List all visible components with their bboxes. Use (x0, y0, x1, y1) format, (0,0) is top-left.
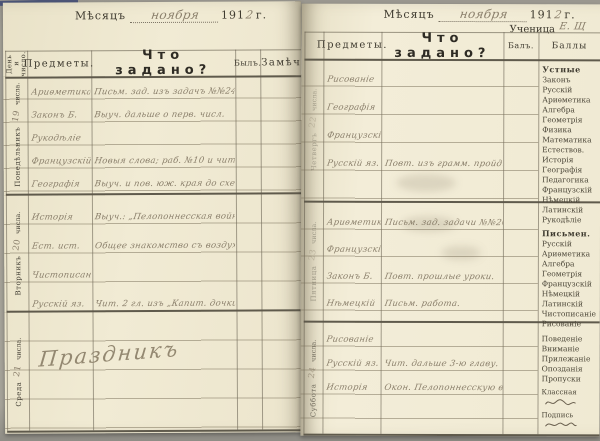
row-subject: Русскій яз. (31, 299, 92, 309)
row-task: Новыя слова; раб. №10 и чит. съ №6. (94, 156, 236, 167)
row-subject: Французскій (326, 245, 382, 255)
row-subject: Французскій (31, 156, 92, 166)
mark-subject-label: Русскій (540, 239, 600, 249)
row-subject: Рисованіе (326, 75, 382, 85)
ink-smudge (401, 216, 456, 232)
marks-margin-column: Устные ЗаконъРусскійАриѳметикаАлгебраГео… (539, 61, 600, 434)
row-task: Выуч. и пов. юж. края до схемы. (94, 179, 236, 190)
mark-subject-label: Поведеніе (540, 334, 600, 344)
oral-marks-list: ЗаконъРусскійАриѳметикаАлгебраГеометріяФ… (540, 75, 600, 225)
mark-subject-label: Пропуски (540, 374, 600, 384)
day-label: Суббота 24 числа. (303, 323, 322, 434)
day-block-tuesday: Вторникъ 20 числа. Исторія Выуч.: „Пелоп… (4, 194, 303, 311)
row-subject: Географія (326, 103, 382, 113)
diary-row: Географія Выуч. и пов. юж. края до схемы… (4, 167, 302, 192)
row-task: Чит. 2 гл. изъ „Капит. дочки“. (94, 299, 236, 310)
diary-row: Законъ Б. Выуч. дальше о перв. числ. (3, 98, 301, 123)
row-subject: Законъ Б. (326, 272, 382, 282)
diary-row: Географія (301, 87, 538, 116)
diary-photo: Мѣсяцъ ноября 1912 г. День и число. Пред… (0, 0, 600, 441)
left-month-line: Мѣсяцъ ноября 1912 г. (75, 7, 267, 23)
mark-subject-label: Педагогика (540, 175, 600, 185)
day-label: Понедѣльникъ 19 числа. (5, 77, 28, 194)
mark-subject-label: Чистописаніе (540, 309, 600, 319)
marks-col-header: Баллы (538, 32, 600, 59)
row-task: Чит. дальше 3-ю главу. (384, 359, 504, 369)
mark-subject-label: Французскій (540, 185, 600, 195)
row-subject: Чистописаніе (31, 270, 92, 280)
day-block-saturday: Суббота 24 числа. Рисованіе Русскій яз. … (300, 323, 537, 435)
mark-subject-label: Рисованіе (540, 319, 600, 329)
year-suffix: г. (256, 8, 267, 21)
left-page: Мѣсяцъ ноября 1912 г. День и число. Пред… (3, 1, 303, 434)
mark-subject-label: Прилежаніе (540, 354, 600, 364)
mark-subject-label: Нѣмецкій (540, 195, 600, 205)
assigned-col-header: Что задано? (381, 32, 503, 59)
mark-subject-label: Геометрія (540, 269, 600, 279)
subjects-col-header: Предметы. (27, 50, 91, 76)
mark-subject-label: Ариѳметика (540, 249, 600, 259)
row-task: Письм. зад. изъ задачъ №№243 и 244. (93, 87, 235, 98)
right-month-line: Мѣсяцъ ноября 1912 г. (384, 7, 576, 23)
teacher-signature (539, 420, 599, 430)
written-marks-list: РусскійАриѳметикаАлгебраГеометріяФранцуз… (540, 239, 600, 329)
mark-subject-label: Опозданія (540, 364, 600, 374)
day-label: Пятница 23 числа. (304, 203, 323, 321)
row-task: Общее знакомство съ воздух. (94, 241, 236, 252)
rows: Исторія Выуч.: „Пелопоннесская война“. Е… (4, 194, 303, 312)
mark-subject-label: Вниманіе (540, 344, 600, 354)
month-value: ноября (130, 8, 220, 23)
month-value: ноября (438, 7, 528, 22)
diary-row: Исторія Окон. Пелопоннесскую войну. (301, 371, 538, 396)
remarks-col-header: Замѣчанія. (261, 49, 303, 75)
year-digit: 2 (554, 8, 563, 21)
diary-row: Французскій (301, 230, 538, 258)
mark-subject-label: Алгебра (540, 259, 600, 269)
day-block-monday: Понедѣльникъ 19 числа. Ариѳметика Письм.… (3, 75, 302, 194)
mark-subject-label: Географія (540, 165, 600, 175)
ink-smudge (441, 246, 481, 260)
month-label: Мѣсяцъ (75, 9, 126, 22)
day-label: Вторникъ 20 числа. (6, 196, 29, 311)
row-task: Повт. прошлые уроки. (384, 272, 504, 282)
mark-subject-label: Геометрія (540, 115, 600, 125)
row-task: Выуч.: „Пелопоннесская война“. (94, 212, 236, 223)
subjects-col-header: Предметы. (323, 32, 381, 59)
day-block-wednesday: Среда 21 числа. Праздникъ (4, 311, 303, 431)
mark-subject-label: Исторія (540, 155, 600, 165)
row-subject: Русскій яз. (326, 159, 382, 169)
student-name: Е. Щ (558, 21, 600, 32)
diary-row: Русскій яз. Чит. 2 гл. изъ „Капит. дочки… (4, 281, 302, 312)
signature-label: Подпись (541, 411, 599, 419)
row-subject: Нѣмецкій (326, 299, 382, 309)
diary-row: Законъ Б. Повт. прошлые уроки. (301, 257, 538, 285)
assigned-col-header: Что задано? (91, 50, 235, 77)
class-lady-signature (540, 397, 600, 407)
diary-row: Французскій (301, 115, 538, 144)
mark-subject-label: Русскій (540, 85, 600, 95)
row-subject: Географія (31, 179, 92, 189)
mark-col-header: Балъ. (503, 32, 538, 59)
diary-row: Рукодѣліе (4, 121, 302, 146)
row-subject: Русскій яз. (326, 359, 382, 369)
diary-row: Рисованіе (301, 59, 538, 88)
mark-subject-label: Физика (540, 125, 600, 135)
diary-row: Нѣмецкій Письм. работа. (301, 284, 538, 312)
diary-row: Чистописаніе (4, 252, 302, 283)
rows: Ариѳметика Письм. зад. изъ задачъ №№243 … (3, 75, 302, 192)
diary-row: Рисованіе (301, 323, 538, 348)
day-label: Четвергъ 22 числа. (304, 59, 323, 201)
mark-subject-label: Ариѳметика (540, 95, 600, 105)
mark-col-header: Былъ. (235, 49, 260, 75)
row-subject: Рукодѣліе (31, 133, 92, 143)
rows: Рисованіе Русскій яз. Чит. дальше 3-ю гл… (301, 323, 538, 396)
row-task (94, 280, 234, 281)
diary-row: Ест. ист. Общее знакомство съ воздух. (4, 223, 302, 254)
conduct-marks-list: ПоведеніеВниманіеПрилежаніеОпозданіяПроп… (540, 334, 600, 384)
diary-row: Русскій яз. Чит. дальше 3-ю главу. (301, 347, 538, 372)
row-task (94, 143, 234, 144)
row-task: Повт. изъ грамм. пройд. урок. (384, 159, 504, 169)
mark-subject-label: Латинскій (540, 205, 600, 215)
mark-subject-label: Рукодѣліе (540, 215, 600, 225)
class-lady-label: Классная (542, 388, 600, 396)
diary-row: Ариѳметика Письм. зад. изъ задачъ №№243 … (3, 75, 301, 100)
row-task: Письм. работа. (384, 299, 504, 309)
row-subject: Ариѳметика (30, 87, 91, 97)
row-subject: Ариѳметика (326, 218, 382, 228)
row-subject: Рисованіе (326, 335, 382, 345)
right-page: Мѣсяцъ ноября 1912 г. Ученица Е. Щ Предм… (300, 4, 600, 437)
mark-subject-label: Законъ (540, 75, 600, 85)
written-marks-header: Письмен. (542, 228, 600, 238)
row-subject: Исторія (31, 212, 92, 222)
mark-subject-label: Латинскій (540, 299, 600, 309)
ink-smudge (396, 174, 456, 192)
rows: Рисованіе Географія Французскій (301, 59, 538, 172)
oral-marks-header: Устные (542, 64, 600, 74)
mark-subject-label: Естествов. (540, 145, 600, 155)
row-subject: Французскій (326, 131, 382, 141)
row-subject: Законъ Б. (30, 110, 91, 120)
diary-row: Исторія Выуч.: „Пелопоннесская война“. (4, 194, 302, 225)
row-task: Окон. Пелопоннесскую войну. (384, 383, 504, 393)
year-pre: 191 (530, 8, 554, 21)
year-digit: 2 (245, 8, 254, 21)
row-subject: Ест. ист. (31, 241, 92, 251)
diary-row: Французскій Новыя слова; раб. №10 и чит.… (4, 144, 302, 169)
mark-subject-label: Французскій (540, 279, 600, 289)
holiday-note: Праздникъ (38, 337, 181, 372)
year-pre: 191 (221, 9, 245, 22)
diary-row: Русскій яз. Повт. изъ грамм. пройд. урок… (301, 143, 538, 172)
mark-subject-label: Алгебра (540, 105, 600, 115)
mark-subject-label: Математика (540, 135, 600, 145)
day-label: Среда 21 числа. (6, 313, 29, 431)
month-label: Мѣсяцъ (384, 8, 435, 21)
row-task: Выуч. дальше о перв. числ. (93, 110, 235, 121)
mark-subject-label: Нѣмецкій (540, 289, 600, 299)
year-suffix: г. (564, 8, 575, 21)
row-subject: Исторія (326, 383, 382, 393)
